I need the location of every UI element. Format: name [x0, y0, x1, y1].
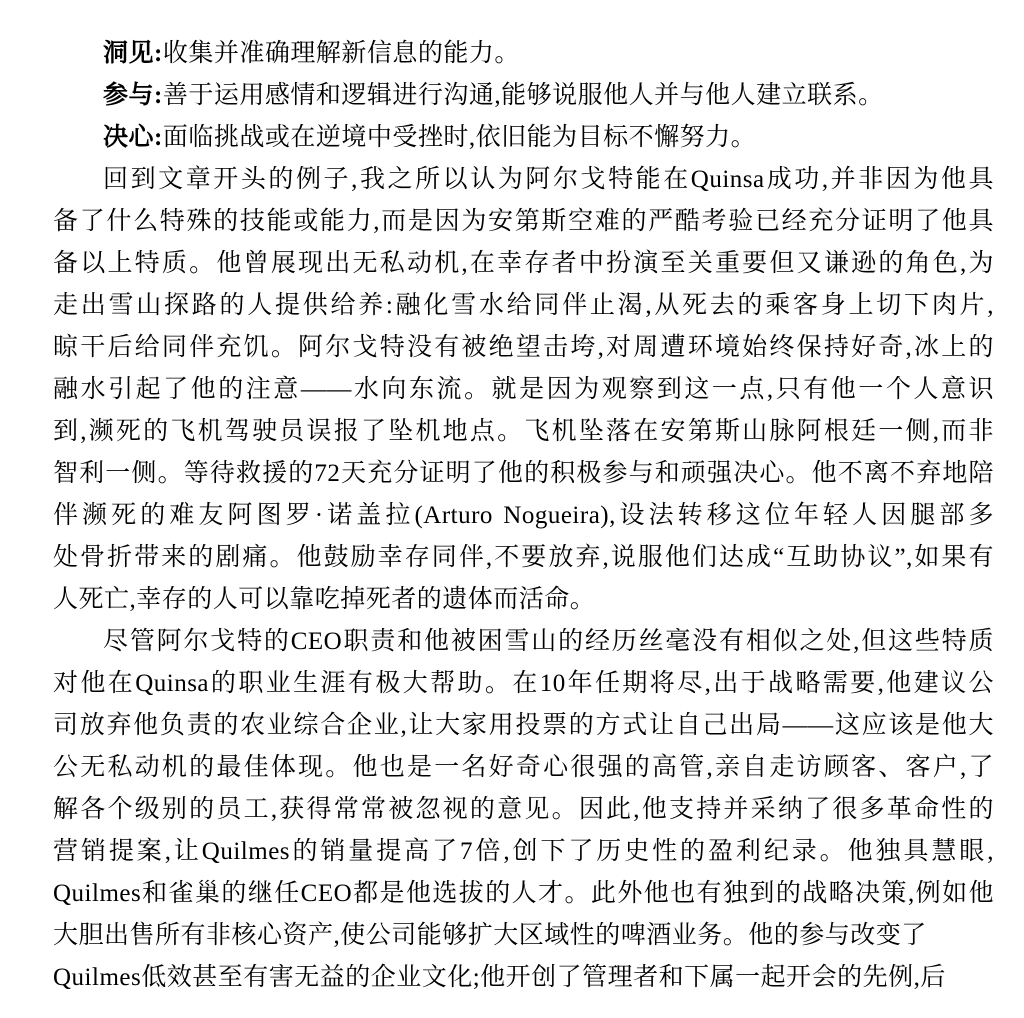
definition-text-engagement: 善于运用感情和逻辑进行沟通,能够说服他人并与他人建立联系。	[163, 82, 884, 109]
text-line: 解各个级别的员工,获得常常被忽视的意见。因此,他支持并采纳了很多革命性的	[53, 789, 994, 831]
book-page: 洞见:收集并准确理解新信息的能力。 参与:善于运用感情和逻辑进行沟通,能够说服他…	[0, 0, 1024, 1018]
text-line: 到,濒死的飞机驾驶员误报了坠机地点。飞机坠落在安第斯山脉阿根廷一侧,而非	[53, 411, 994, 453]
text-line: 备以上特质。他曾展现出无私动机,在幸存者中扮演至关重要但又谦逊的角色,为	[53, 243, 994, 285]
text-line: 备了什么特殊的技能或能力,而是因为安第斯空难的严酷考验已经充分证明了他具	[53, 201, 994, 243]
definition-term-engagement: 参与:	[103, 82, 163, 109]
text-line: 司放弃他负责的农业综合企业,让大家用投票的方式让自己出局——这应该是他大	[53, 705, 994, 747]
paragraph-andes-survival: 回到文章开头的例子,我之所以认为阿尔戈特能在Quinsa成功,并非因为他具备了什…	[53, 159, 994, 621]
definition-line-determination: 决心:面临挑战或在逆境中受挫时,依旧能为目标不懈努力。	[53, 117, 994, 159]
definition-term-insight: 洞见:	[103, 40, 163, 67]
definition-line-insight: 洞见:收集并准确理解新信息的能力。	[53, 33, 994, 75]
text-line: 伴濒死的难友阿图罗·诺盖拉(Arturo Nogueira),设法转移这位年轻人…	[53, 495, 994, 537]
paragraph-quinsa-career: 尽管阿尔戈特的CEO职责和他被困雪山的经历丝毫没有相似之处,但这些特质对他在Qu…	[53, 621, 994, 999]
text-line: 大胆出售所有非核心资产,使公司能够扩大区域性的啤酒业务。他的参与改变了	[53, 915, 994, 957]
text-line: 对他在Quinsa的职业生涯有极大帮助。在10年任期将尽,出于战略需要,他建议公	[53, 663, 994, 705]
text-line: 融水引起了他的注意——水向东流。就是因为观察到这一点,只有他一个人意识	[53, 369, 994, 411]
text-block: 洞见:收集并准确理解新信息的能力。 参与:善于运用感情和逻辑进行沟通,能够说服他…	[53, 33, 994, 999]
text-line: 人死亡,幸存的人可以靠吃掉死者的遗体而活命。	[53, 579, 994, 621]
definition-line-engagement: 参与:善于运用感情和逻辑进行沟通,能够说服他人并与他人建立联系。	[53, 75, 994, 117]
definition-text-insight: 收集并准确理解新信息的能力。	[163, 40, 520, 67]
text-line: 公无私动机的最佳体现。他也是一名好奇心很强的高管,亲自走访顾客、客户,了	[53, 747, 994, 789]
text-line: 营销提案,让Quilmes的销量提高了7倍,创下了历史性的盈利纪录。他独具慧眼,	[53, 831, 994, 873]
text-line: 晾干后给同伴充饥。阿尔戈特没有被绝望击垮,对周遭环境始终保持好奇,冰上的	[53, 327, 994, 369]
text-line: 处骨折带来的剧痛。他鼓励幸存同伴,不要放弃,说服他们达成“互助协议”,如果有	[53, 537, 994, 579]
text-line: 回到文章开头的例子,我之所以认为阿尔戈特能在Quinsa成功,并非因为他具	[53, 159, 994, 201]
definition-term-determination: 决心:	[103, 124, 163, 151]
text-line: 尽管阿尔戈特的CEO职责和他被困雪山的经历丝毫没有相似之处,但这些特质	[53, 621, 994, 663]
text-line: Quilmes和雀巢的继任CEO都是他选拔的人才。此外他也有独到的战略决策,例如…	[53, 873, 994, 915]
paragraphs-container: 回到文章开头的例子,我之所以认为阿尔戈特能在Quinsa成功,并非因为他具备了什…	[53, 159, 994, 999]
definition-text-determination: 面临挑战或在逆境中受挫时,依旧能为目标不懈努力。	[163, 124, 756, 151]
text-line: 智利一侧。等待救援的72天充分证明了他的积极参与和顽强决心。他不离不弃地陪	[53, 453, 994, 495]
text-line: 走出雪山探路的人提供给养:融化雪水给同伴止渴,从死去的乘客身上切下肉片,	[53, 285, 994, 327]
text-line: Quilmes低效甚至有害无益的企业文化;他开创了管理者和下属一起开会的先例,后	[53, 957, 994, 999]
